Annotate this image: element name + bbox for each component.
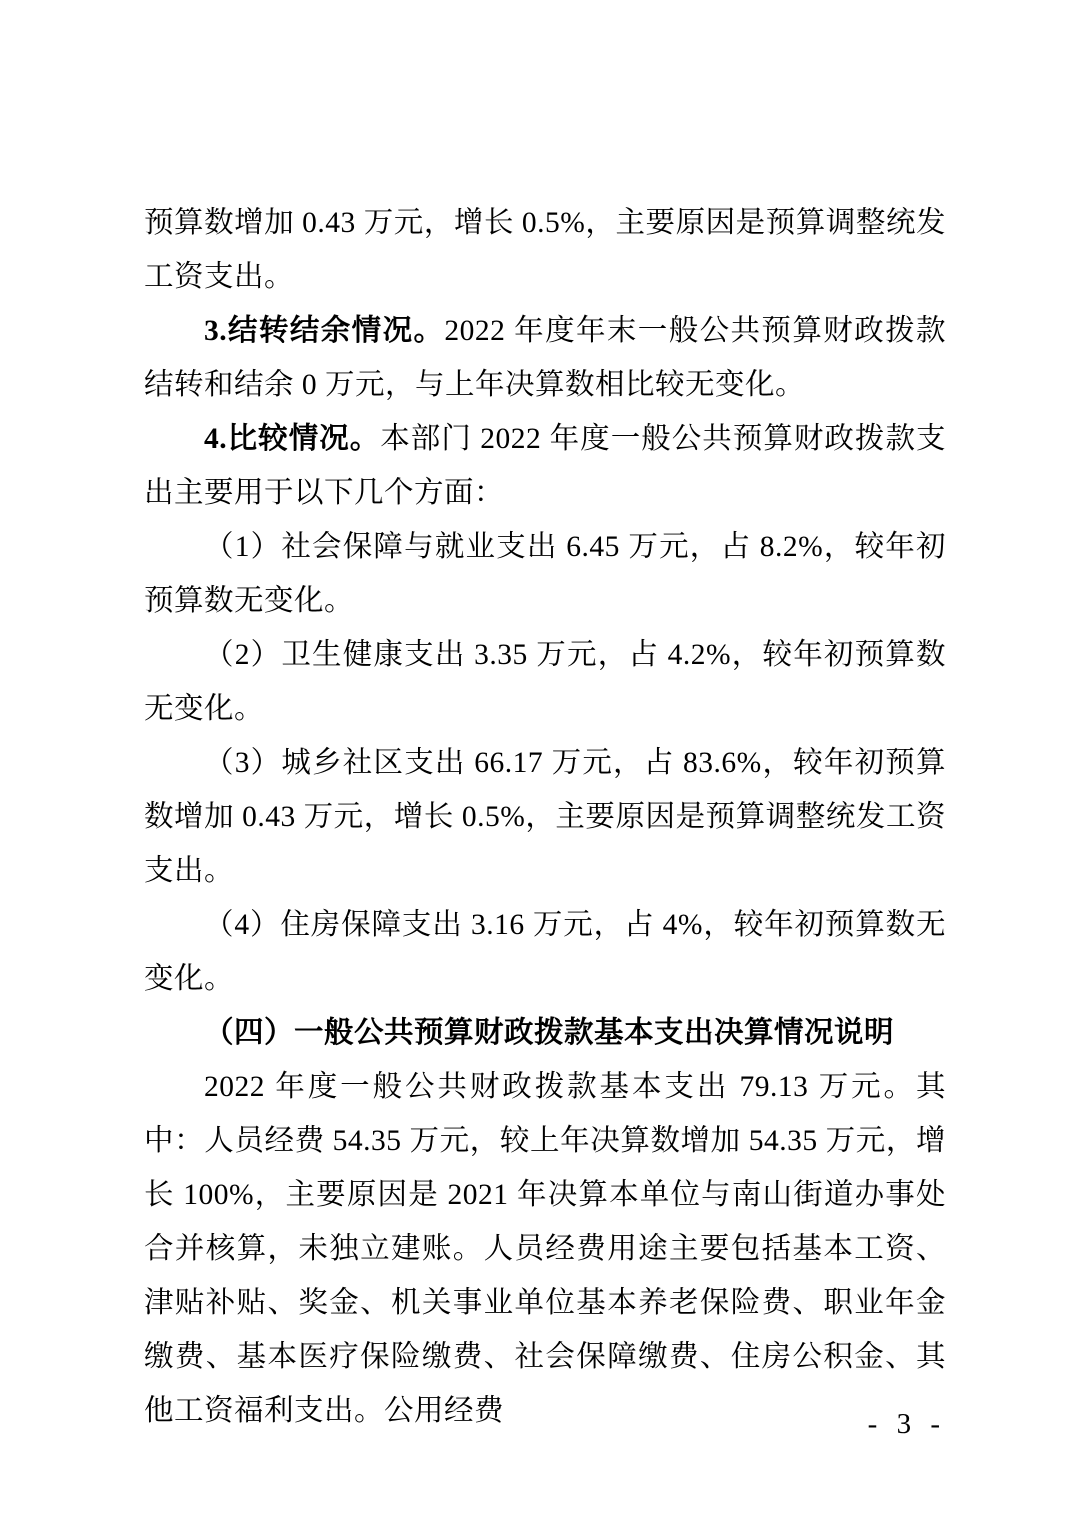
paragraph-section-4: 4.比较情况。本部门 2022 年度一般公共预算财政拨款支出主要用于以下几个方面… (144, 412, 946, 520)
section-4-label: 4.比较情况。 (204, 423, 380, 455)
document-body: 预算数增加 0.43 万元，增长 0.5%，主要原因是预算调整统发工资支出。 3… (144, 196, 946, 1438)
paragraph-basic-expenditure: 2022 年度一般公共财政拨款基本支出 79.13 万元。其中：人员经费 54.… (144, 1060, 946, 1438)
page-footer: - 3 - (144, 1408, 946, 1441)
section-heading-four: （四）一般公共预算财政拨款基本支出决算情况说明 (144, 1006, 946, 1060)
body-text: 2022 年度一般公共财政拨款基本支出 79.13 万元。其中：人员经费 54.… (144, 1071, 946, 1427)
paragraph-item-3: （3）城乡社区支出 66.17 万元，占 83.6%，较年初预算数增加 0.43… (144, 736, 946, 898)
body-text: （2）卫生健康支出 3.35 万元，占 4.2%，较年初预算数无变化。 (144, 639, 946, 725)
body-text: 预算数增加 0.43 万元，增长 0.5%，主要原因是预算调整统发工资支出。 (144, 207, 946, 293)
body-text: （4）住房保障支出 3.16 万元，占 4%，较年初预算数无变化。 (144, 909, 946, 995)
paragraph-item-1: （1）社会保障与就业支出 6.45 万元，占 8.2%，较年初预算数无变化。 (144, 520, 946, 628)
heading-text: （四）一般公共预算财政拨款基本支出决算情况说明 (204, 1017, 894, 1049)
page-number: - 3 - (868, 1408, 946, 1440)
body-text: （1）社会保障与就业支出 6.45 万元，占 8.2%，较年初预算数无变化。 (144, 531, 946, 617)
paragraph-item-4: （4）住房保障支出 3.16 万元，占 4%，较年初预算数无变化。 (144, 898, 946, 1006)
body-text: （3）城乡社区支出 66.17 万元，占 83.6%，较年初预算数增加 0.43… (144, 747, 946, 887)
paragraph-carryover-continuation: 预算数增加 0.43 万元，增长 0.5%，主要原因是预算调整统发工资支出。 (144, 196, 946, 304)
section-3-label: 3.结转结余情况。 (204, 315, 444, 347)
paragraph-item-2: （2）卫生健康支出 3.35 万元，占 4.2%，较年初预算数无变化。 (144, 628, 946, 736)
document-page: 预算数增加 0.43 万元，增长 0.5%，主要原因是预算调整统发工资支出。 3… (0, 0, 1074, 1520)
paragraph-section-3: 3.结转结余情况。2022 年度年末一般公共预算财政拨款结转和结余 0 万元，与… (144, 304, 946, 412)
